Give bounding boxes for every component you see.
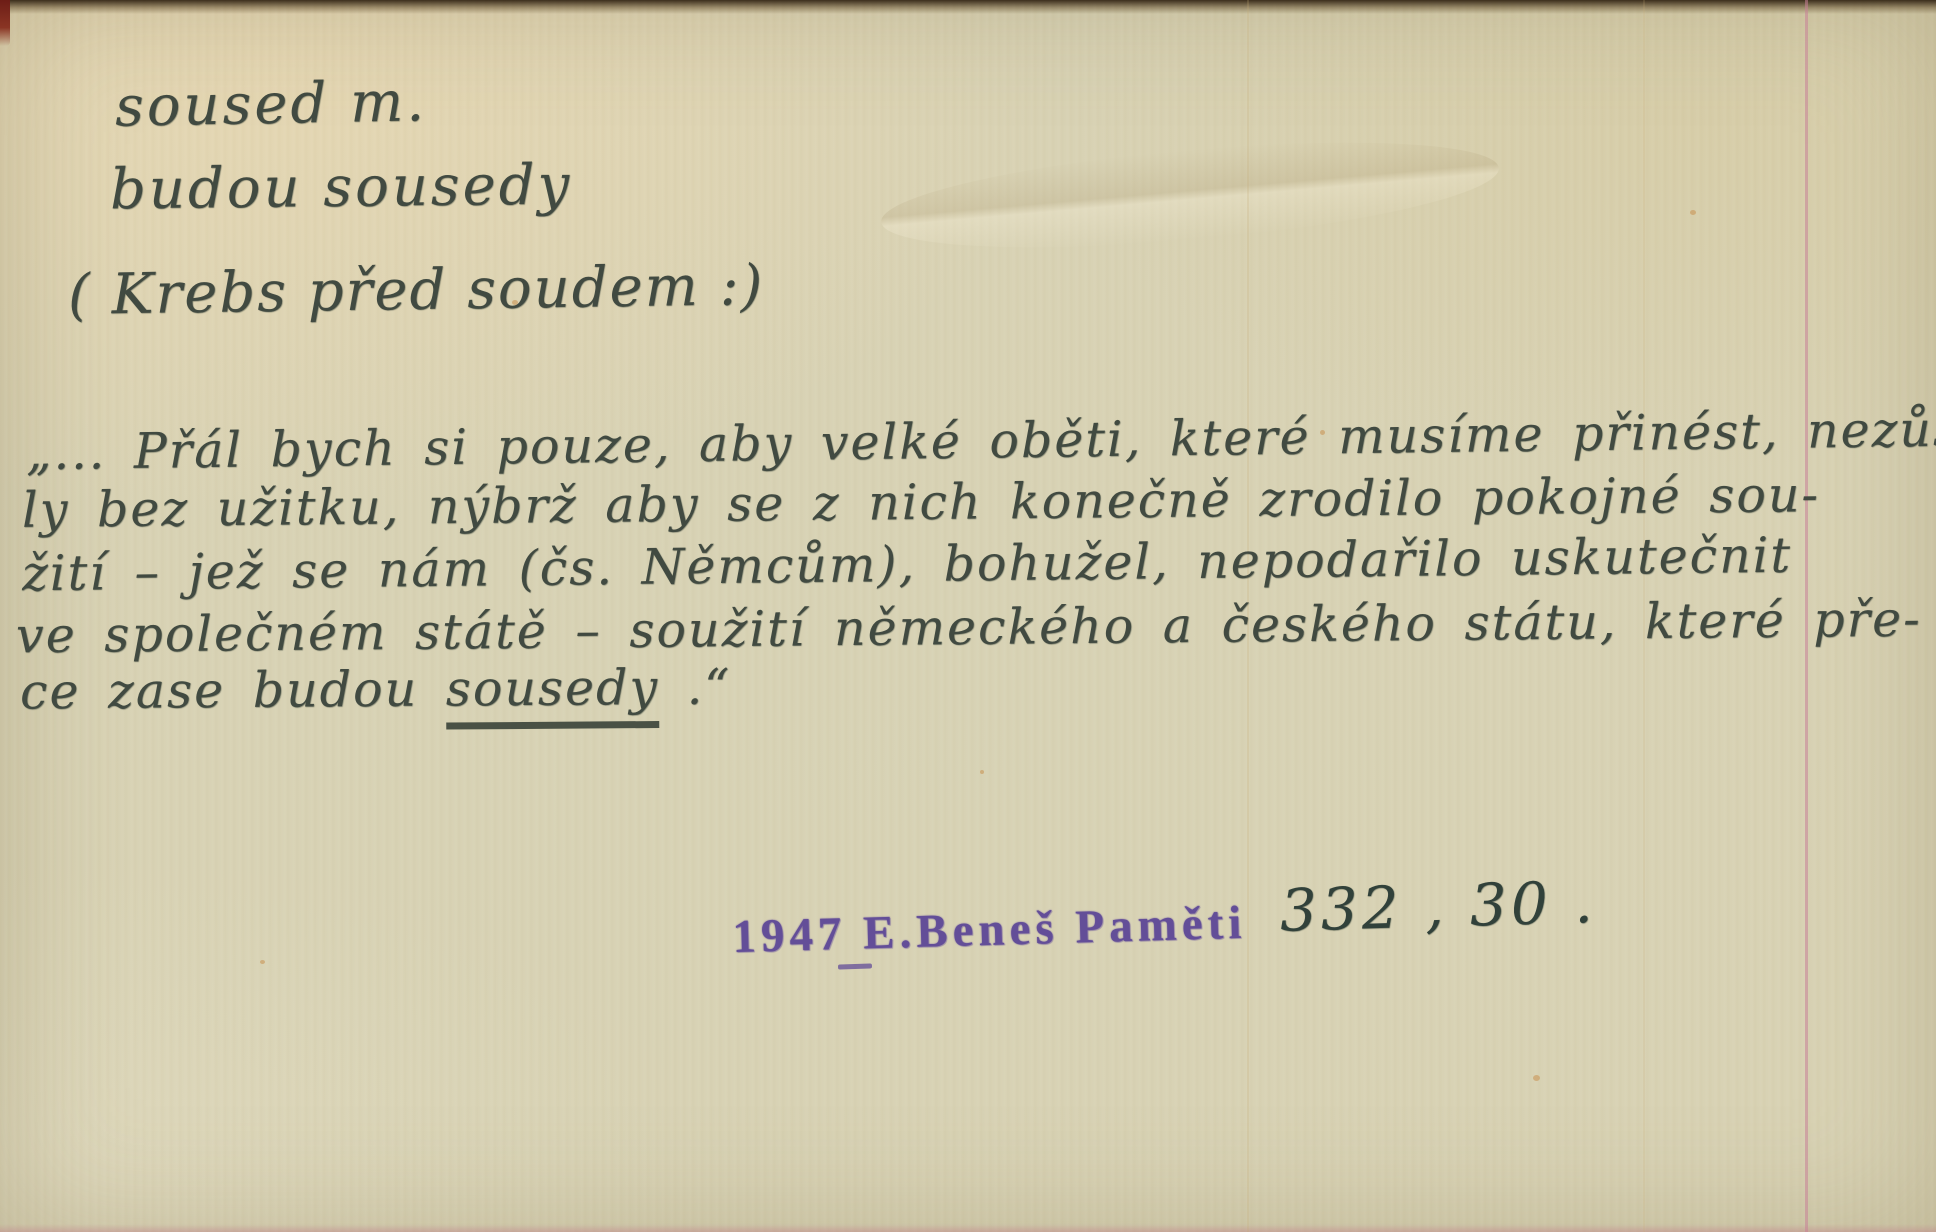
quote-line-5-post: .“ (659, 659, 732, 717)
corner-red-mark (0, 0, 10, 46)
paper-speck (260, 960, 265, 964)
quote-line-3: žití – jež se nám (čs. Němcům), bohužel,… (22, 527, 1793, 603)
paper-speck (1690, 210, 1696, 215)
paper-speck (1533, 1075, 1540, 1081)
heading-keyword-line2: budou sousedy (110, 153, 573, 223)
scan-bottom-edge (0, 1224, 1936, 1232)
quote-line-4: ve společném státě – soužití německého a… (16, 591, 1922, 665)
quote-line-5: ce zase budou sousedy .“ (20, 659, 732, 721)
paper-crease (877, 123, 1502, 267)
archive-stamp: 1947 E.Beneš Paměti (732, 896, 1247, 964)
reference-number: 332 , 30 . (1279, 868, 1597, 945)
quote-line-5-pre: ce zase budou (20, 661, 446, 721)
scanned-note-card: soused m. budou sousedy ( Krebs před sou… (0, 0, 1936, 1232)
scan-top-edge-shadow (0, 0, 1936, 14)
quote-underlined-word: sousedy (446, 659, 660, 729)
heading-keyword-line1: soused m. (114, 69, 427, 139)
paper-speck (980, 770, 984, 774)
source-citation-row: 1947 E.Beneš Paměti332 , 30 . (731, 868, 1597, 964)
stamp-underline-mark (838, 963, 872, 969)
attribution-line: ( Krebs před soudem :) (68, 253, 765, 328)
